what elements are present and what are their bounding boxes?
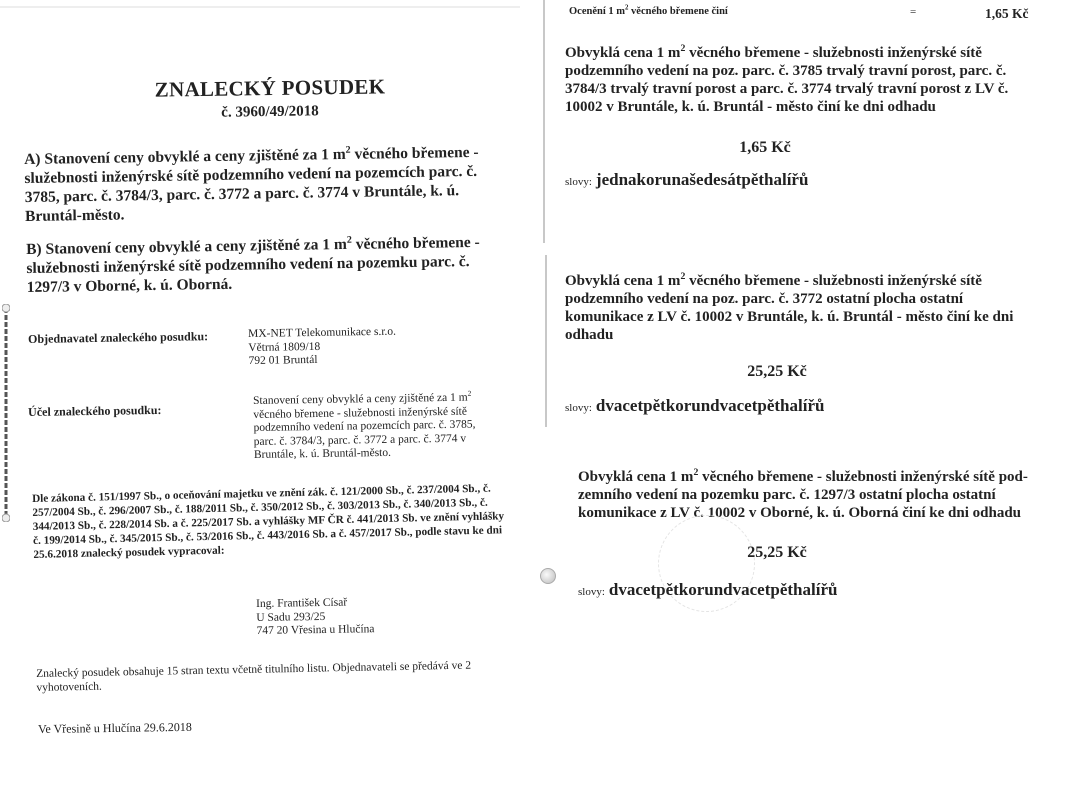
valuation-price: 25,25 Kč [547, 363, 1007, 381]
valuation-words: slovy: jednakorunašedesátpěthalířů [565, 170, 808, 190]
title-page: ZNALECKÝ POSUDEK č. 3960/49/2018 A) Stan… [0, 0, 540, 805]
valuation-words: slovy: dvacetpětkorundvacetpěthalířů [565, 396, 824, 416]
client-label: Objednavatel znaleckého posudku: [28, 329, 208, 347]
purpose-text: Stanovení ceny obvyklé a ceny zjištěné z… [253, 391, 484, 462]
document-number: č. 3960/49/2018 [0, 100, 540, 125]
summary-value: 1,65 Kč [985, 6, 1029, 22]
binding-cord-icon [2, 304, 10, 522]
valuation-text: Obvyklá cena 1 m2 věcného břemene - služ… [565, 272, 1045, 344]
legal-basis-text: Dle zákona č. 151/1997 Sb., o oceňování … [32, 481, 513, 562]
purpose-label: Účel znaleckého posudku: [28, 403, 162, 420]
summary-label: Ocenění 1 m2 věcného břemene činí [569, 6, 728, 17]
valuation-box-3: Obvyklá cena 1 m2 věcného břemene - služ… [540, 440, 1085, 805]
valuation-box-2: Obvyklá cena 1 m2 věcného břemene - služ… [545, 255, 1085, 427]
clip-icon [540, 568, 556, 584]
valuation-words: slovy: dvacetpětkorundvacetpěthalířů [578, 580, 837, 600]
copies-note: Znalecký posudek obsahuje 15 stran textu… [36, 659, 476, 695]
client-address: MX-NET Telekomunikace s.r.o. Větrná 1809… [248, 326, 397, 369]
valuation-price: 25,25 Kč [540, 544, 1014, 562]
document-title: ZNALECKÝ POSUDEK [0, 72, 540, 105]
expert-address: Ing. František Císař U Sadu 293/25 747 2… [256, 596, 375, 638]
valuation-price: 1,65 Kč [545, 139, 985, 157]
valuation-box-1: Ocenění 1 m2 věcného břemene činí = 1,65… [543, 0, 1085, 243]
valuation-text: Obvyklá cena 1 m2 věcného břemene - služ… [578, 468, 1068, 522]
summary-equals: = [910, 6, 916, 18]
page-edge [0, 6, 520, 8]
valuation-text: Obvyklá cena 1 m2 věcného břemene - služ… [565, 44, 1045, 116]
section-b-heading: B) Stanovení ceny obvyklé a ceny zjištěn… [26, 233, 497, 297]
place-and-date: Ve Vřesině u Hlučína 29.6.2018 [38, 720, 192, 737]
section-a-heading: A) Stanovení ceny obvyklé a ceny zjištěn… [24, 143, 495, 226]
